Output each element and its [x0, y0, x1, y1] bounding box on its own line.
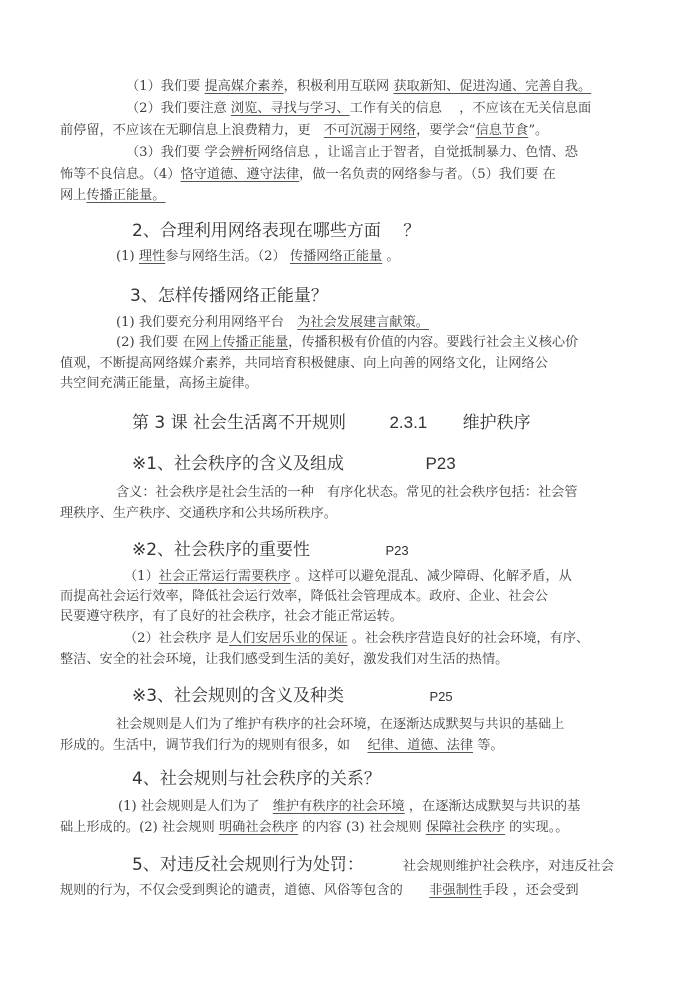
- fill-blank-answer: 浏览、寻找与学习、: [231, 101, 350, 116]
- text: ，在逐渐达成默契与共识的基: [405, 799, 581, 814]
- text: 前停留，不应该在无聊信息上浪费精力，更: [60, 123, 324, 138]
- heading-text: ※3、社会规则的含义及种类: [132, 686, 344, 706]
- text: 础上形成的。(2) 社会规则: [60, 820, 219, 835]
- paragraph-line: 怖等不良信息。（4）恪守道德、遵守法律，做一名负责的网络参与者。（5）我们要 在: [60, 166, 556, 184]
- lesson-title: 第 3 课 社会生活离不开规则 2.3.1 维护秩序: [132, 408, 531, 433]
- fill-blank-answer: 理性: [139, 249, 165, 264]
- page-ref: P25: [429, 689, 452, 704]
- text: 等。: [473, 738, 504, 753]
- topic-heading: 5、对违反社会规则行为处罚：: [132, 855, 364, 875]
- section-heading: 2、合理利用网络表现在哪些方面 ？: [132, 216, 420, 241]
- topic-heading: 4、社会规则与社会秩序的关系？: [132, 764, 381, 789]
- fill-blank-answer: 维护有秩序的社会环境: [273, 799, 405, 814]
- text: 参与网络生活。（2）: [165, 249, 290, 264]
- text: 。社会秩序营造良好的社会环境，有序、: [348, 631, 590, 646]
- fill-blank-answer: 信息节食: [476, 123, 529, 138]
- text: 的实现。。: [505, 820, 569, 835]
- text: 工作有关的信息 ，不应该在无关信息面: [350, 101, 592, 116]
- paragraph-line: (1) 理性参与网络生活。（2） 传播网络正能量 。: [116, 248, 400, 266]
- topic-heading-row: 5、对违反社会规则行为处罚： 社会规则维护社会秩序，对违反社会: [132, 850, 614, 876]
- fill-blank-answer: 社会正常运行需要秩序: [159, 569, 291, 584]
- paragraph-line: 前停留，不应该在无聊信息上浪费精力，更 不可沉溺于网络，要学会“信息节食”。: [60, 122, 548, 140]
- fill-blank-answer: 提高媒介素养: [205, 79, 284, 94]
- fill-blank-answer: 纪律、道德、法律: [368, 738, 474, 753]
- text: （2）我们要注意: [126, 101, 231, 116]
- text: (1) 社会规则是人们为了: [118, 799, 273, 814]
- paragraph-line: (2) 我们要 在网上传播正能量，传播积极有价值的内容。要践行社会主义核心价: [116, 334, 578, 352]
- paragraph-line: （1）社会正常运行需要秩序 。这样可以避免混乱、减少障碍、化解矛盾，从: [124, 568, 572, 586]
- text: 。这样可以避免混乱、减少障碍、化解矛盾，从: [291, 569, 572, 584]
- text: 怖等不良信息。（4）: [60, 167, 180, 182]
- text: （1）: [124, 569, 159, 584]
- paragraph-line: 整洁、安全的社会环境，让我们感受到生活的美好，激发我们对生活的热情。: [60, 651, 508, 669]
- topic-heading: ※2、社会秩序的重要性 P23: [132, 535, 409, 560]
- topic-heading: ※1、社会秩序的含义及组成 P23: [132, 449, 456, 474]
- text: 。: [382, 249, 399, 264]
- page-ref: P23: [385, 543, 408, 558]
- paragraph-line: 网上传播正能量。: [60, 187, 166, 205]
- text: 网上: [60, 188, 86, 203]
- text: 的内容 (3) 社会规则: [298, 820, 426, 835]
- text: （1）我们要: [126, 79, 205, 94]
- paragraph-line: 理秩序、生产秩序、交通秩序和公共场所秩序。: [60, 505, 337, 523]
- section-heading: 3、怎样传播网络正能量？: [130, 281, 328, 306]
- paragraph-line: 规则的行为，不仅会受到舆论的谴责，道德、风俗等包含的 非强制性手段 ，还会受到: [60, 882, 579, 900]
- topic-heading: ※3、社会规则的含义及种类 P25: [132, 681, 453, 706]
- lesson-subtitle: 维护秩序: [463, 413, 531, 433]
- paragraph-line: （3）我们要 学会辨析网络信息 ，让谣言止于智者，自觉抵制暴力、色情、恐: [126, 144, 578, 162]
- paragraph-line: 值观，不断提高网络媒介素养，共同培育积极健康、向上向善的网络文化，让网络公: [60, 355, 548, 373]
- fill-blank-answer: 传播网络正能量: [290, 249, 382, 264]
- fill-blank-answer: 不可沉溺于网络: [324, 123, 416, 138]
- paragraph-line: 民要遵守秩序，有了良好的社会秩序，社会才能正常运转。: [60, 608, 403, 626]
- paragraph-line: 础上形成的。(2) 社会规则 明确社会秩序 的内容 (3) 社会规则 保障社会秩…: [60, 819, 569, 837]
- text: ，要学会“: [416, 123, 476, 138]
- text: ”。: [528, 123, 548, 138]
- fill-blank-answer: 非强制性: [429, 883, 482, 898]
- fill-blank-answer: 保障社会秩序: [426, 820, 505, 835]
- text: (1): [116, 249, 139, 264]
- fill-blank-answer: 传播正能量。: [86, 188, 165, 203]
- lesson-name: 第 3 课 社会生活离不开规则: [132, 413, 346, 433]
- paragraph-line: 社会规则是人们为了维护有秩序的社会环境，在逐渐达成默契与共识的基础上: [116, 716, 564, 734]
- fill-blank-answer: 恪守道德、遵守法律: [180, 167, 299, 182]
- text: （2）社会秩序 是: [124, 631, 229, 646]
- paragraph-line: 而提高社会运行效率，降低社会运行效率，降低社会管理成本。政府、企业、社会公: [60, 588, 548, 606]
- text: 规则的行为，不仅会受到舆论的谴责，道德、风俗等包含的: [60, 883, 429, 898]
- paragraph-line: (1) 我们要充分利用网络平台 为社会发展建言献策。: [116, 314, 429, 332]
- paragraph-line: （1）我们要 提高媒介素养，积极利用互联网 获取新知、促进沟通、完善自我。: [126, 78, 591, 96]
- fill-blank-answer: 辨析: [231, 145, 257, 160]
- paragraph-line: (1) 社会规则是人们为了 维护有秩序的社会环境 ，在逐渐达成默契与共识的基: [118, 798, 580, 816]
- fill-blank-answer: 明确社会秩序: [219, 820, 298, 835]
- text: （3）我们要 学会: [126, 145, 231, 160]
- fill-blank-answer: 为社会发展建言献策。: [297, 315, 429, 330]
- text: ，积极利用互联网: [284, 79, 394, 94]
- text: ，传播积极有价值的内容。要践行社会主义核心价: [288, 335, 578, 350]
- text: 网络信息 ，让谣言止于智者，自觉抵制暴力、色情、恐: [257, 145, 578, 160]
- paragraph-text: 社会规则维护社会秩序，对违反社会: [403, 859, 614, 874]
- paragraph-line: （2）我们要注意 浏览、寻找与学习、工作有关的信息 ，不应该在无关信息面: [126, 100, 591, 118]
- paragraph-line: 共空间充满正能量，高扬主旋律。: [60, 375, 258, 393]
- heading-text: ※2、社会秩序的重要性: [132, 540, 310, 560]
- text: (1) 我们要充分利用网络平台: [116, 315, 297, 330]
- text: (2) 我们要 在: [116, 335, 196, 350]
- paragraph-line: （2）社会秩序 是人们安居乐业的保证 。社会秩序营造良好的社会环境，有序、: [124, 630, 589, 648]
- lesson-code: 2.3.1: [389, 413, 427, 432]
- fill-blank-answer: 人们安居乐业的保证: [229, 631, 348, 646]
- paragraph-line: 含义：社会秩序是社会生活的一种 有序化状态。常见的社会秩序包括：社会管: [116, 484, 578, 502]
- text: 手段 ，还会受到: [482, 883, 579, 898]
- fill-blank-answer: 网上传播正能量: [196, 335, 288, 350]
- heading-text: ※1、社会秩序的含义及组成: [132, 454, 344, 474]
- text: ，做一名负责的网络参与者。（5）我们要 在: [299, 167, 556, 182]
- page-ref: P23: [425, 454, 455, 473]
- paragraph-line: 形成的。生活中，调节我们行为的规则有很多，如 纪律、道德、法律 等。: [60, 737, 504, 755]
- text: 形成的。生活中，调节我们行为的规则有很多，如: [60, 738, 368, 753]
- fill-blank-answer: 获取新知、促进沟通、完善自我。: [393, 79, 591, 94]
